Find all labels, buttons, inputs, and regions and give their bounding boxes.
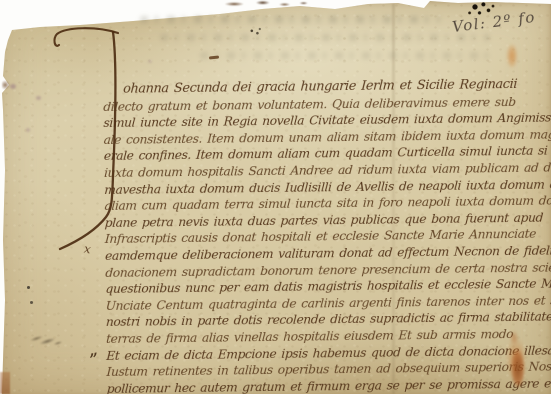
show-through-line [200,52,490,59]
show-through-line [160,34,490,41]
manuscript-photo: Vol: 2º fo x ” ohanna Secunda dei gracia… [0,0,551,394]
show-through-line [140,16,440,23]
manuscript-text-block: ohanna Secunda dei gracia hungarie Ierlm… [103,77,551,394]
